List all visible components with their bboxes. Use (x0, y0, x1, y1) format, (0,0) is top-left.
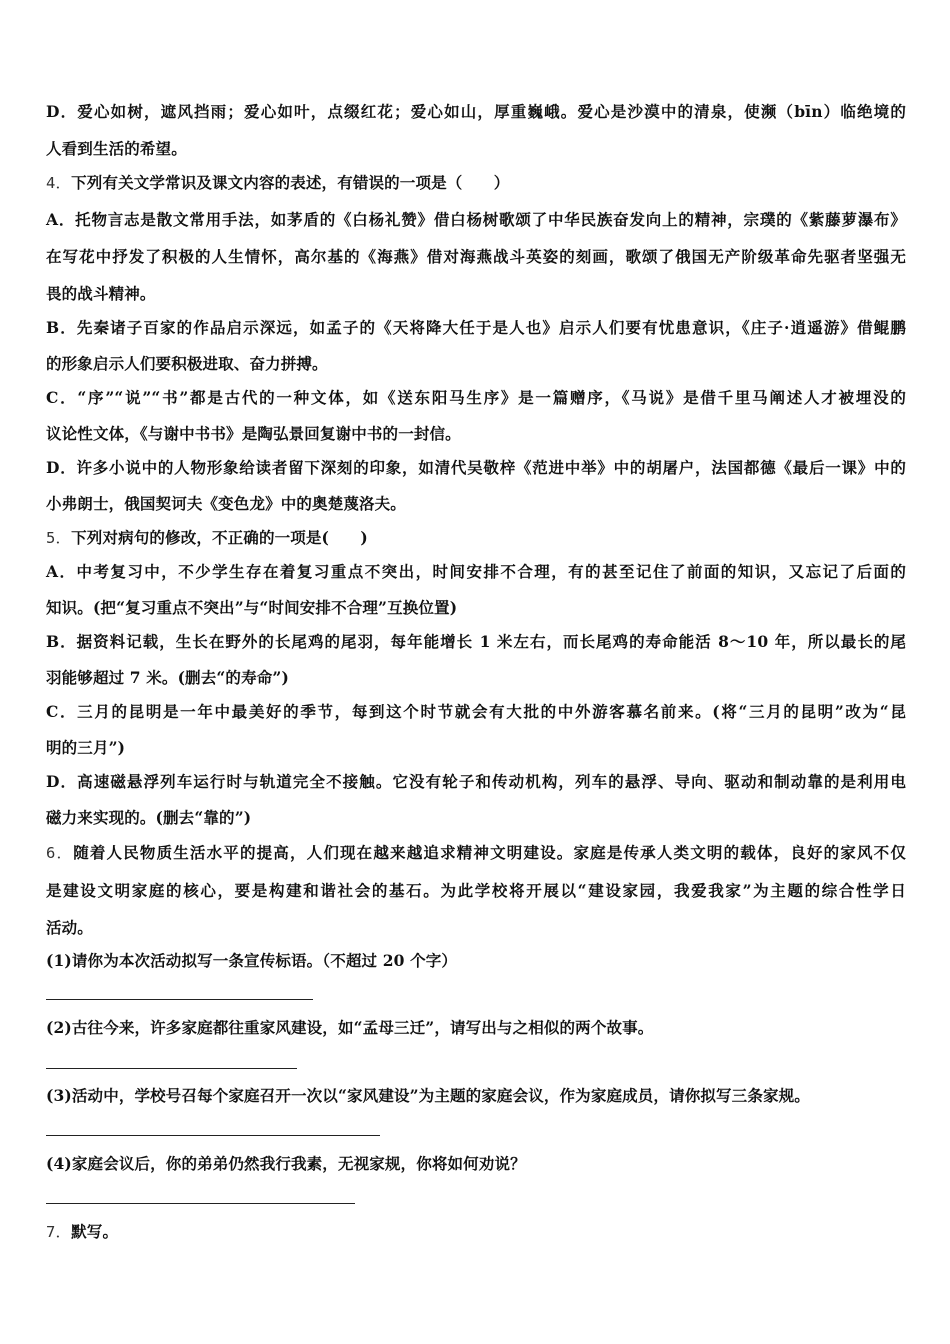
option-text: “序”“说”“书”都是古代的一种文体，如《送东阳马生序》是一篇赠序，《马说》是借… (77, 388, 906, 407)
option-text: 三月的昆明是一年中最美好的季节，每到这个时节就会有大批的中外游客慕名前来。(将“… (77, 702, 906, 721)
q5-stem: 5．下列对病句的修改，不正确的一项是( ) (46, 528, 368, 548)
answer-blank-2[interactable] (46, 1068, 297, 1069)
q6-sub-question-4: (4)家庭会议后，你的弟弟仍然我行我素，无视家规，你将如何劝说？ (46, 1154, 526, 1174)
question-stem-text: 随着人民物质生活水平的提高，人们现在越来越追求精神文明建设。家庭是传承人类文明的… (73, 843, 906, 862)
q6-stem-line-2: 是建设文明家庭的核心，要是构建和谐社会的基石。为此学校将开展以“建设家园，我爱我… (46, 881, 906, 901)
option-text: 中考复习中，不少学生存在着复习重点不突出，时间安排不合理，有的甚至记住了前面的知… (76, 562, 906, 581)
q4-stem: 4．下列有关文学常识及课文内容的表述，有错误的一项是（ ） (46, 173, 509, 193)
q6-sub-question-3: (3)活动中，学校号召每个家庭召开一次以“家风建设”为主题的家庭会议，作为家庭成… (46, 1086, 810, 1106)
q7-stem: 7．默写。 (46, 1222, 118, 1242)
q3-option-d-line-2: 人看到生活的希望。 (46, 139, 187, 159)
question-number: 6． (46, 844, 73, 862)
q6-stem-line-3: 活动。 (46, 918, 93, 938)
option-label: A． (46, 210, 75, 229)
option-text: 托物言志是散文常用手法，如茅盾的《白杨礼赞》借白杨树歌颂了中华民族奋发向上的精神… (75, 210, 906, 229)
q6-sub-question-1: (1)请你为本次活动拟写一条宣传标语。（不超过 20 个字） (46, 951, 457, 971)
option-text: 据资料记载，生长在野外的长尾鸡的尾羽，每年能增长 1 米左右，而长尾鸡的寿命能活… (77, 632, 906, 651)
question-number: 5． (46, 529, 71, 547)
q5-option-a-line-2: 知识。(把“复习重点不突出”与“时间安排不合理”互换位置) (46, 598, 457, 618)
answer-blank-3[interactable] (46, 1135, 380, 1136)
q4-option-a-line-1: A．托物言志是散文常用手法，如茅盾的《白杨礼赞》借白杨树歌颂了中华民族奋发向上的… (46, 210, 906, 230)
q5-option-d-line-1: D．高速磁悬浮列车运行时与轨道完全不接触。它没有轮子和传动机构，列车的悬浮、导向… (46, 772, 906, 792)
question-stem-text: 下列对病句的修改，不正确的一项是( ) (71, 528, 368, 547)
option-text: 先秦诸子百家的作品启示深远，如孟子的《天将降大任于是人也》启示人们要有忧患意识，… (77, 318, 906, 337)
q5-option-a-line-1: A．中考复习中，不少学生存在着复习重点不突出，时间安排不合理，有的甚至记住了前面… (46, 562, 906, 582)
option-label: C． (46, 702, 77, 721)
option-label: A． (46, 562, 76, 581)
q4-option-d-line-2: 小弗朗士，俄国契诃夫《变色龙》中的奥楚蔑洛夫。 (46, 494, 406, 514)
answer-blank-1[interactable] (46, 999, 313, 1000)
answer-blank-4[interactable] (46, 1203, 355, 1204)
question-stem-text: 默写。 (71, 1222, 118, 1241)
question-stem-text: 下列有关文学常识及课文内容的表述，有错误的一项是（ ） (71, 173, 509, 192)
q3-option-d-line-1: D．爱心如树，遮风挡雨；爱心如叶，点缀红花；爱心如山，厚重巍峨。爱心是沙漠中的清… (46, 102, 906, 122)
q4-option-c-line-1: C．“序”“说”“书”都是古代的一种文体，如《送东阳马生序》是一篇赠序，《马说》… (46, 388, 906, 408)
question-number: 4． (46, 174, 71, 192)
option-label: D． (46, 772, 77, 791)
option-text: 许多小说中的人物形象给读者留下深刻的印象，如清代吴敬梓《范进中举》中的胡屠户，法… (77, 458, 907, 477)
q4-option-b-line-2: 的形象启示人们要积极进取、奋力拼搏。 (46, 354, 328, 374)
q6-sub-question-2: (2)古往今来，许多家庭都往重家风建设，如“孟母三迁”，请写出与之相似的两个故事… (46, 1018, 653, 1038)
q5-option-b-line-1: B．据资料记载，生长在野外的长尾鸡的尾羽，每年能增长 1 米左右，而长尾鸡的寿命… (46, 632, 906, 652)
option-label: C． (46, 388, 77, 407)
q4-option-c-line-2: 议论性文体，《与谢中书书》是陶弘景回复谢中书的一封信。 (46, 424, 461, 444)
q6-stem-line-1: 6．随着人民物质生活水平的提高，人们现在越来越追求精神文明建设。家庭是传承人类文… (46, 843, 906, 863)
q4-option-b-line-1: B．先秦诸子百家的作品启示深远，如孟子的《天将降大任于是人也》启示人们要有忧患意… (46, 318, 906, 338)
exam-page: D．爱心如树，遮风挡雨；爱心如叶，点缀红花；爱心如山，厚重巍峨。爱心是沙漠中的清… (0, 0, 950, 1344)
option-label: D． (46, 102, 77, 121)
q5-option-c-line-1: C．三月的昆明是一年中最美好的季节，每到这个时节就会有大批的中外游客慕名前来。(… (46, 702, 906, 722)
q5-option-c-line-2: 明的三月”) (46, 738, 125, 758)
option-text: 爱心如树，遮风挡雨；爱心如叶，点缀红花；爱心如山，厚重巍峨。爱心是沙漠中的清泉，… (77, 102, 906, 121)
option-label: B． (46, 318, 77, 337)
q4-option-d-line-1: D．许多小说中的人物形象给读者留下深刻的印象，如清代吴敬梓《范进中举》中的胡屠户… (46, 458, 906, 478)
q4-option-a-line-2: 在写花中抒发了积极的人生情怀，高尔基的《海燕》借对海燕战斗英姿的刻画，歌颂了俄国… (46, 247, 906, 267)
q5-option-d-line-2: 磁力来实现的。(删去“靠的”) (46, 808, 251, 828)
q5-option-b-line-2: 羽能够超过 7 米。(删去“的寿命”) (46, 668, 289, 688)
option-label: D． (46, 458, 77, 477)
option-label: B． (46, 632, 77, 651)
q4-option-a-line-3: 畏的战斗精神。 (46, 284, 156, 304)
question-number: 7． (46, 1223, 71, 1241)
option-text: 高速磁悬浮列车运行时与轨道完全不接触。它没有轮子和传动机构，列车的悬浮、导向、驱… (77, 772, 906, 791)
